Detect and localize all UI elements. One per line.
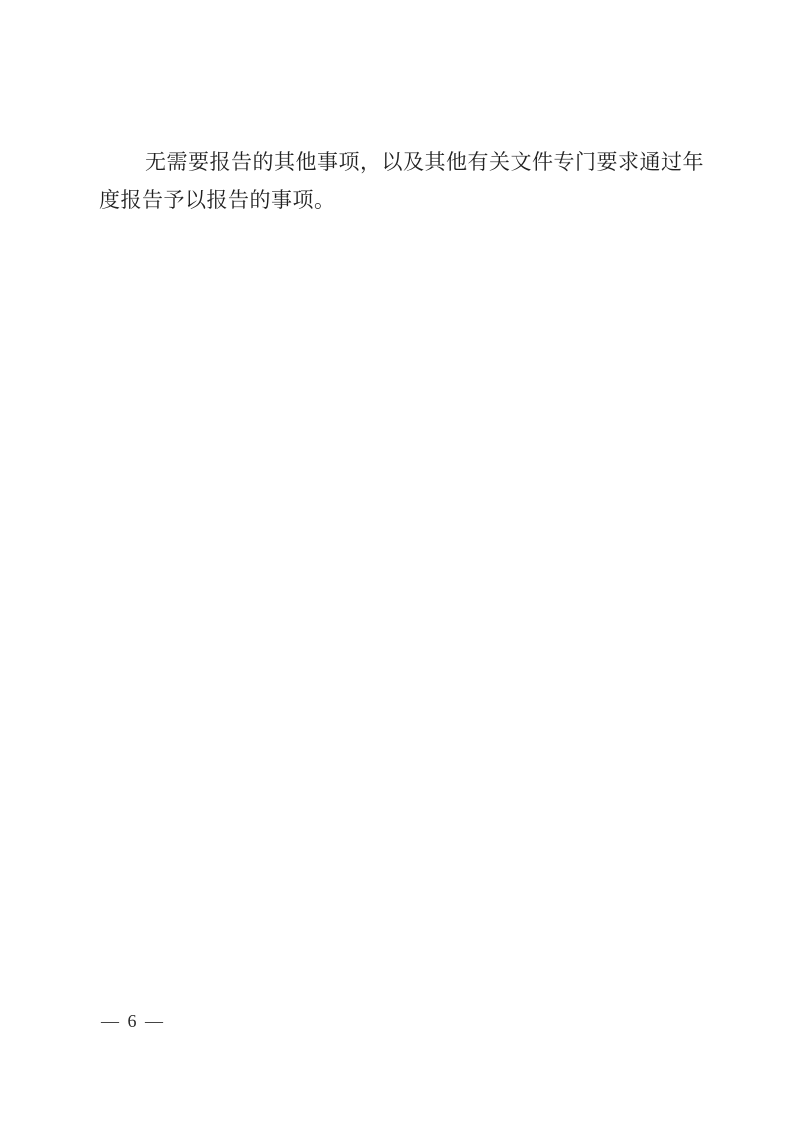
paragraph-line-2: 度报告予以报告的事项。 xyxy=(99,181,695,219)
paragraph-line-1: 无需要报告的其他事项，以及其他有关文件专门要求通过年 xyxy=(99,143,695,181)
body-paragraph: 无需要报告的其他事项，以及其他有关文件专门要求通过年 度报告予以报告的事项。 xyxy=(99,143,695,219)
page-number: — 6 — xyxy=(101,1008,165,1034)
document-page: 无需要报告的其他事项，以及其他有关文件专门要求通过年 度报告予以报告的事项。 —… xyxy=(0,0,793,1122)
